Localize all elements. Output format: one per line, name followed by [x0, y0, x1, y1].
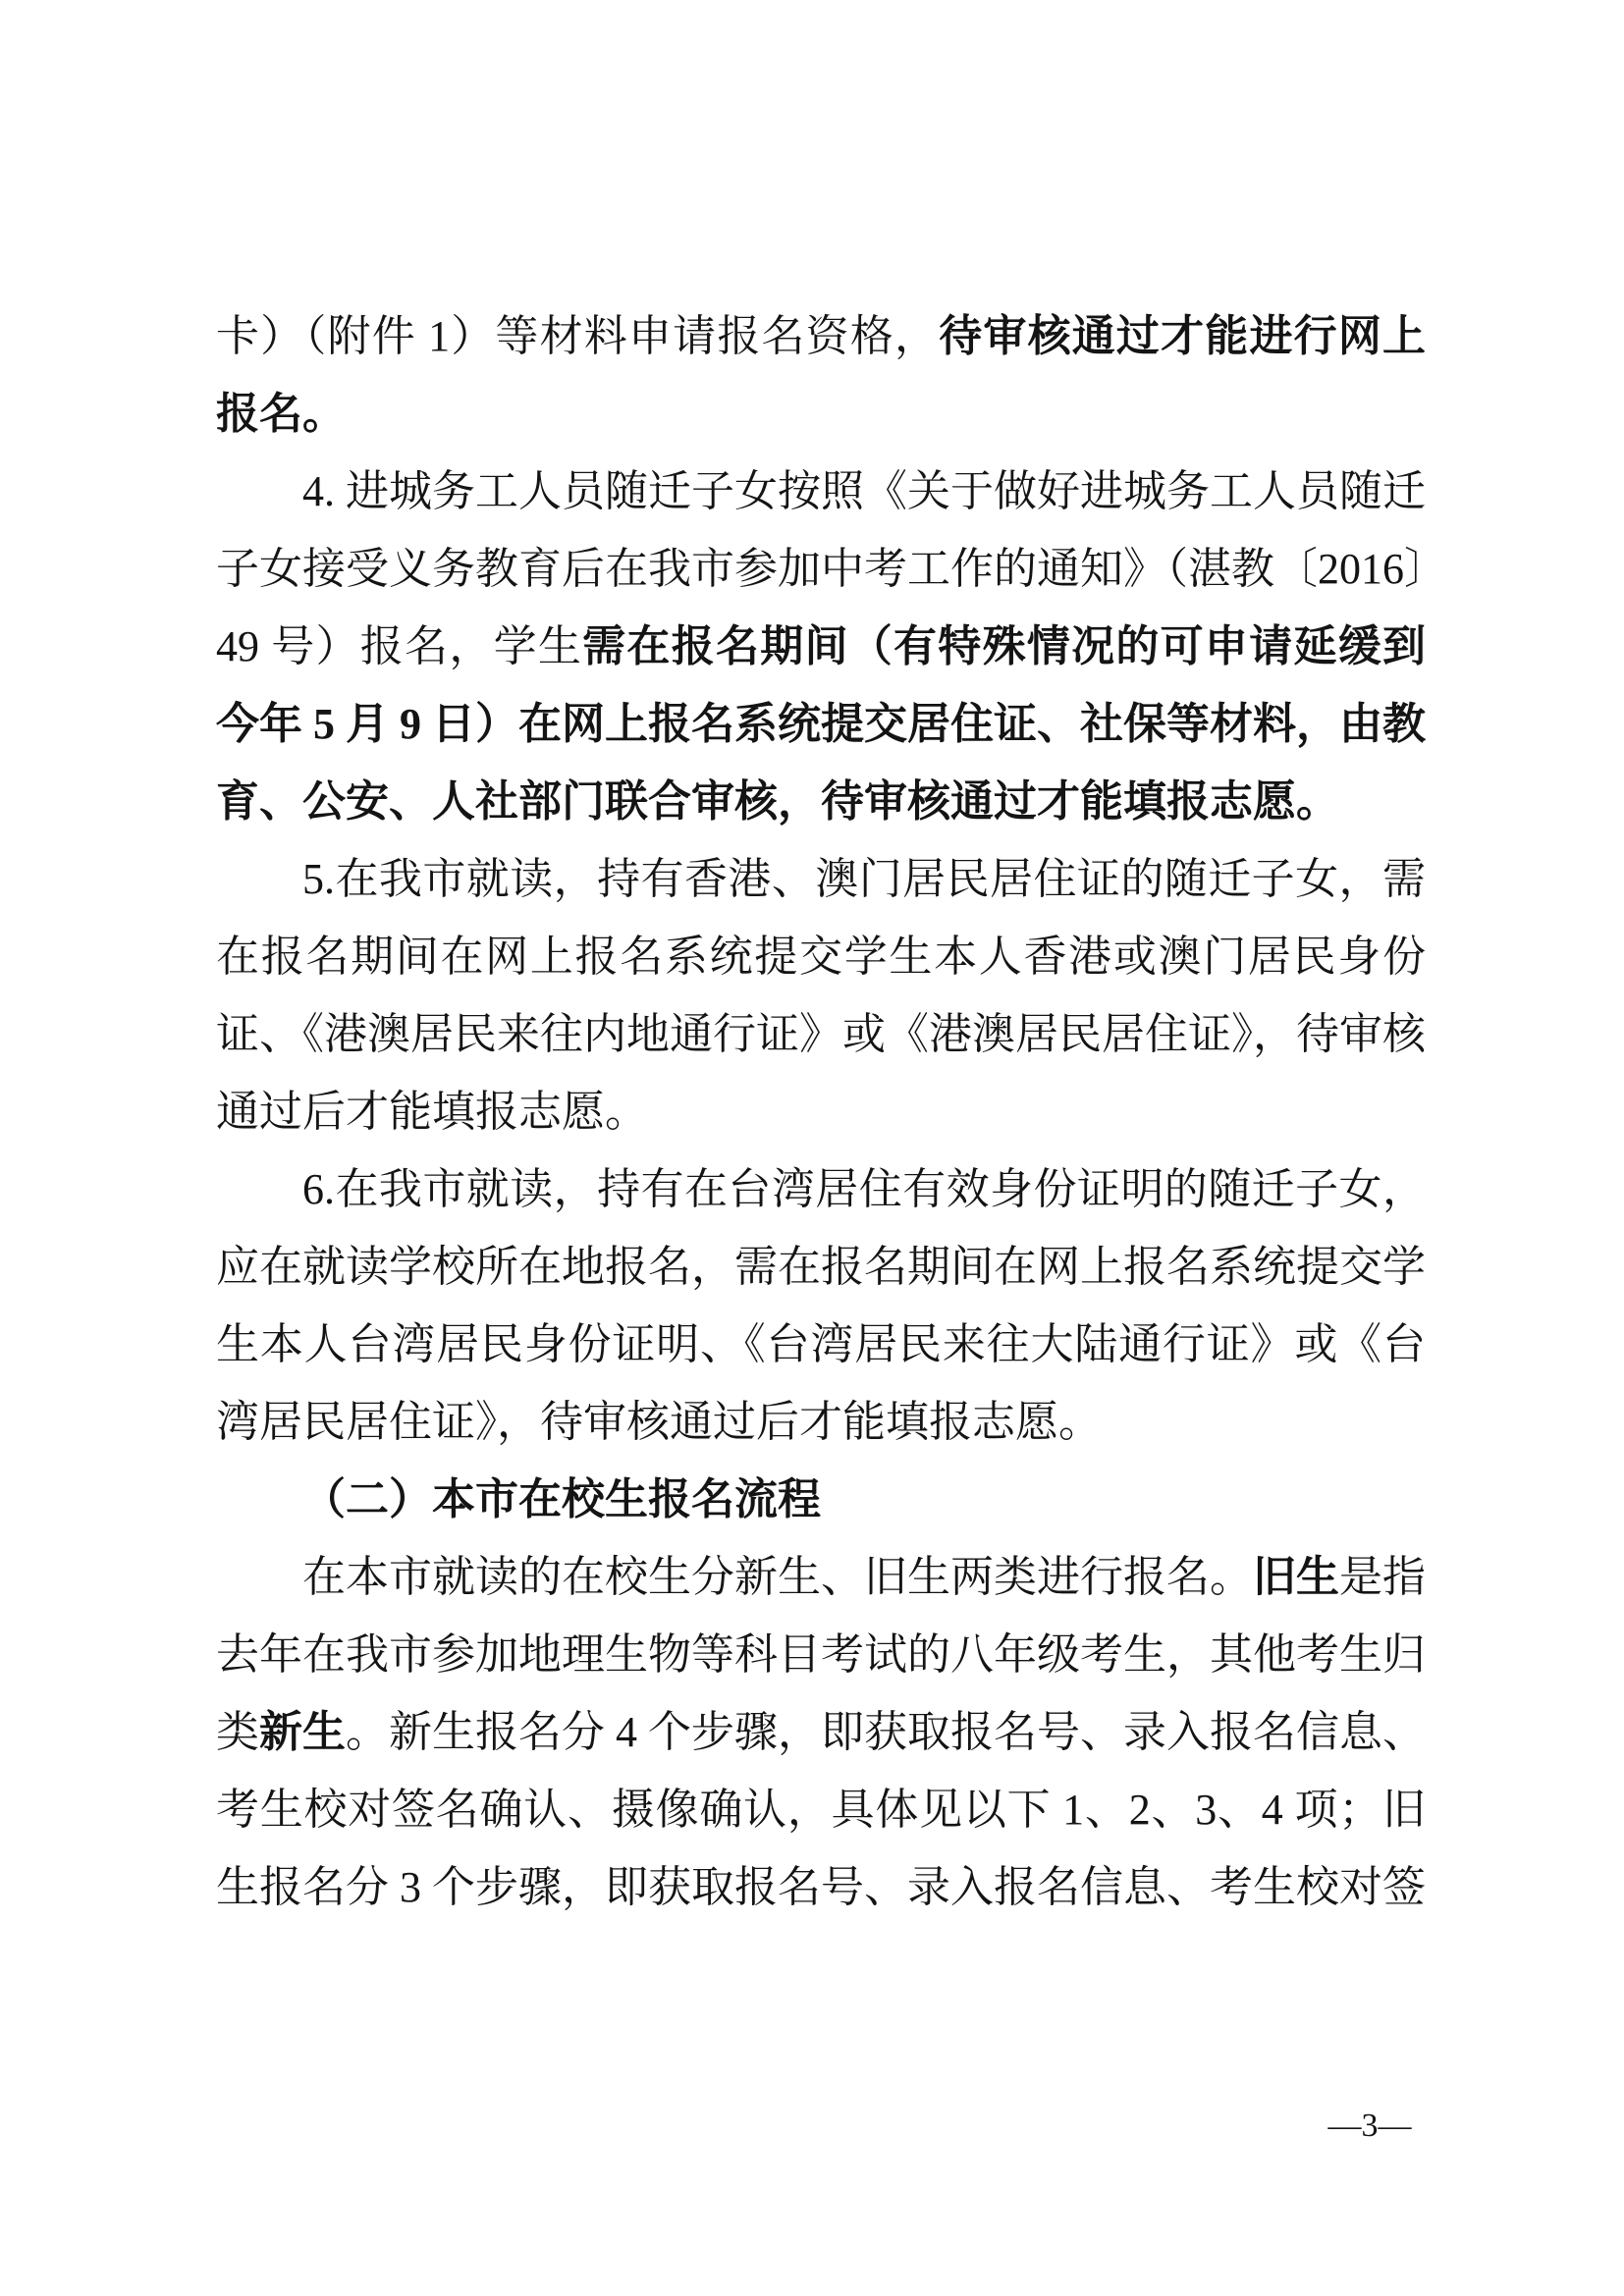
page-number: —3— [1306, 2107, 1434, 2146]
text-run: 6.在我市就读，持有在台湾居住有效身份证明的随迁子女，应在就读学校所在地报名，需… [216, 1165, 1426, 1446]
section-heading: （二）本市在校生报名流程 [216, 1461, 1426, 1538]
emphasis-text-run: 新生 [259, 1708, 346, 1756]
document-page: 卡）（附件 1）等材料申请报名资格，待审核通过才能进行网上报名。4. 进城务工人… [0, 0, 1624, 2296]
paragraph: 卡）（附件 1）等材料申请报名资格，待审核通过才能进行网上报名。 [216, 297, 1426, 453]
document-body: 卡）（附件 1）等材料申请报名资格，待审核通过才能进行网上报名。4. 进城务工人… [216, 297, 1426, 1926]
paragraph: 在本市就读的在校生分新生、旧生两类进行报名。旧生是指去年在我市参加地理生物等科目… [216, 1538, 1426, 1926]
paragraph: 4. 进城务工人员随迁子女按照《关于做好进城务工人员随迁子女接受义务教育后在我市… [216, 453, 1426, 840]
paragraph: 5.在我市就读，持有香港、澳门居民居住证的随迁子女，需在报名期间在网上报名系统提… [216, 840, 1426, 1150]
paragraph: 6.在我市就读，持有在台湾居住有效身份证明的随迁子女，应在就读学校所在地报名，需… [216, 1150, 1426, 1461]
text-run: 。新生报名分 4 个步骤，即获取报名号、录入报名信息、考生校对签名确认、摄像确认… [216, 1708, 1426, 1911]
text-run: 5.在我市就读，持有香港、澳门居民居住证的随迁子女，需在报名期间在网上报名系统提… [216, 855, 1426, 1136]
emphasis-text-run: 旧生 [1253, 1553, 1339, 1601]
text-run: 在本市就读的在校生分新生、旧生两类进行报名。 [302, 1553, 1253, 1601]
emphasis-text-run: （二）本市在校生报名流程 [302, 1475, 821, 1523]
text-run: 卡）（附件 1）等材料申请报名资格， [216, 312, 939, 360]
